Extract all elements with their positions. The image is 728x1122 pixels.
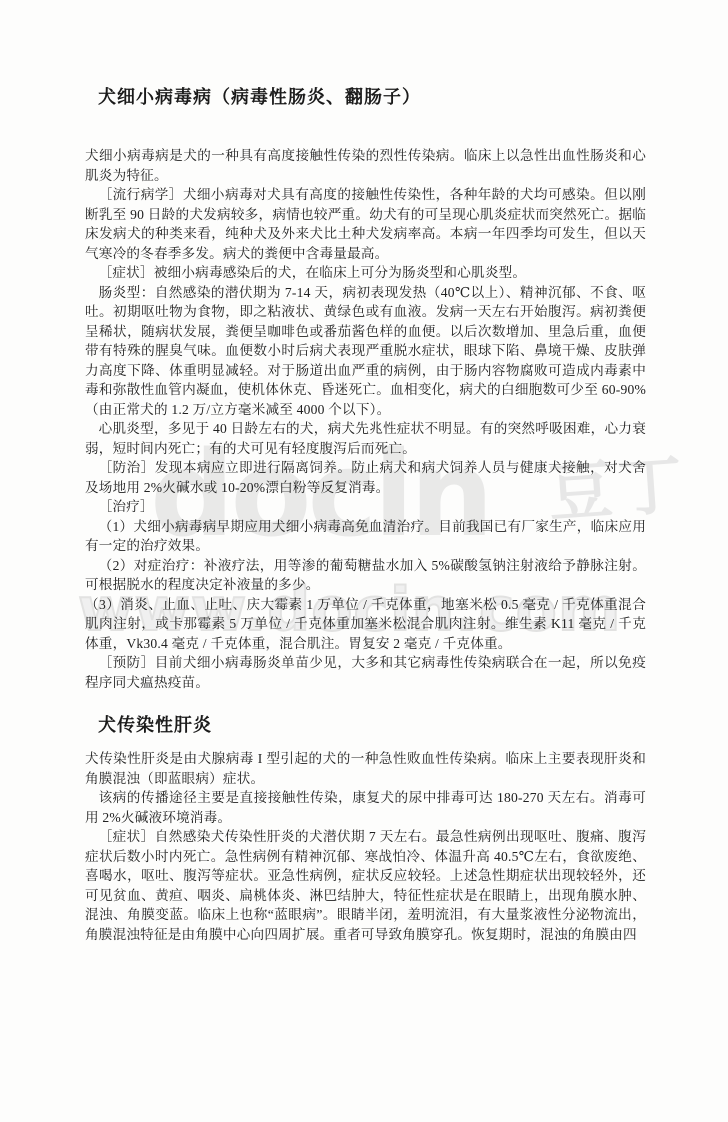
section2-heading: 犬传染性肝炎	[85, 712, 646, 738]
section1-body: 犬细小病毒病是犬的一种具有高度接触性传染的烈性传染病。临床上以急性出血性肠炎和心…	[85, 146, 646, 692]
paragraph: ［症状］自然感染犬传染性肝炎的犬潜伏期 7 天左右。最急性病例出现呕吐、腹痛、腹…	[85, 827, 646, 944]
section2-body: 犬传染性肝炎是由犬腺病毒 I 型引起的犬的一种急性败血性传染病。临床上主要表现肝…	[85, 749, 646, 944]
section1-heading: 犬细小病毒病（病毒性肠炎、翻肠子）	[85, 84, 646, 110]
paragraph: ［治疗］	[85, 497, 646, 517]
paragraph: 犬细小病毒病是犬的一种具有高度接触性传染的烈性传染病。临床上以急性出血性肠炎和心…	[85, 146, 646, 185]
paragraph: 犬传染性肝炎是由犬腺病毒 I 型引起的犬的一种急性败血性传染病。临床上主要表现肝…	[85, 749, 646, 788]
paragraph: （1）犬细小病毒病早期应用犬细小病毒高免血清治疗。目前我国已有厂家生产，临床应用…	[85, 517, 646, 556]
paragraph: ［流行病学］犬细小病毒对犬具有高度的接触性传染性，各种年龄的犬均可感染。但以刚断…	[85, 185, 646, 263]
paragraph: ［预防］目前犬细小病毒肠炎单苗少见，大多和其它病毒性传染病联合在一起，所以免疫程…	[85, 653, 646, 692]
paragraph: （3）消炎、止血、止吐、庆大霉素 1 万单位 / 千克体重，地塞米松 0.5 毫…	[85, 595, 646, 654]
document-content: 犬细小病毒病（病毒性肠炎、翻肠子） 犬细小病毒病是犬的一种具有高度接触性传染的烈…	[85, 84, 646, 944]
paragraph: ［防治］发现本病应立即进行隔离饲养。防止病犬和病犬饲养人员与健康犬接触，对犬舍及…	[85, 458, 646, 497]
document-page: docin 豆丁 www.docin.com 犬细小病毒病（病毒性肠炎、翻肠子）…	[0, 0, 728, 1122]
paragraph: 肠炎型：自然感染的潜伏期为 7-14 天，病初表现发热（40℃以上）、精神沉郁、…	[85, 283, 646, 420]
paragraph: 该病的传播途径主要是直接接触性传染，康复犬的尿中排毒可达 180-270 天左右…	[85, 788, 646, 827]
paragraph: （2）对症治疗：补液疗法，用等渗的葡萄糖盐水加入 5%碳酸氢钠注射液给予静脉注射…	[85, 556, 646, 595]
paragraph: ［症状］被细小病毒感染后的犬，在临床上可分为肠炎型和心肌炎型。	[85, 263, 646, 283]
paragraph: 心肌炎型，多见于 40 日龄左右的犬，病犬先兆性症状不明显。有的突然呼吸困难，心…	[85, 419, 646, 458]
